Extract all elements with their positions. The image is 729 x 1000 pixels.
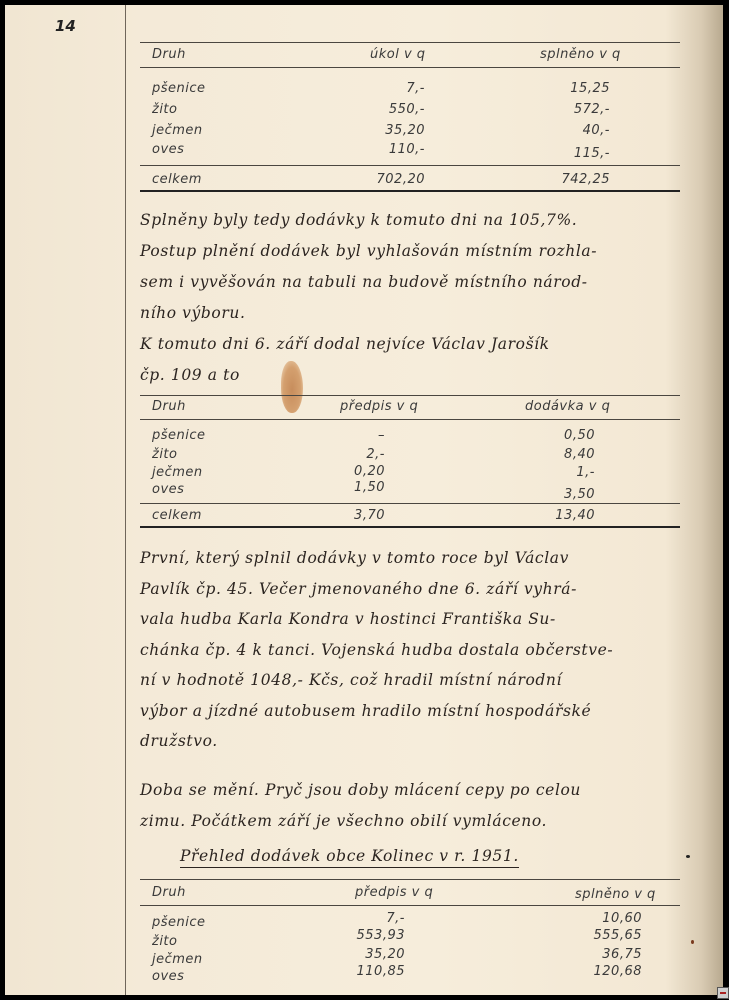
ledger-page: 14 Druh úkol v q splněno v q pšenice 7,-… (5, 5, 723, 995)
text-line: První, který splnil dodávky v tomto roce… (140, 543, 700, 574)
fulfilled-value: 555,65 (580, 928, 642, 943)
minimize-icon[interactable] (717, 987, 729, 999)
total-label: celkem (152, 172, 202, 187)
column-header-predpis: předpis v q (340, 399, 418, 414)
crop-name: žito (152, 934, 178, 949)
target-value: 35,20 (370, 123, 425, 138)
text-line: chánka čp. 4 k tanci. Vojenská hudba dos… (140, 635, 700, 666)
quota-value: 110,85 (345, 964, 405, 979)
text-line: družstvo. (140, 726, 700, 757)
target-value: 110,- (370, 142, 425, 157)
total-delivered: 13,40 (525, 508, 595, 523)
table-top-deliverer: Druh předpis v q dodávka v q pšenice – 0… (140, 390, 680, 530)
column-header-splneno: splněno v q (540, 47, 621, 62)
text-line: sem i vyvěšován na tabuli na budově míst… (140, 267, 700, 298)
column-header-druh: Druh (152, 399, 186, 414)
column-header-dodavka: dodávka v q (525, 399, 610, 414)
table-crop-targets: Druh úkol v q splněno v q pšenice 7,- 15… (140, 5, 680, 205)
quota-value: – (340, 428, 385, 443)
column-header-predpis: předpis v q (355, 885, 433, 900)
table-bottom-rule (140, 526, 680, 528)
total-target: 702,20 (360, 172, 425, 187)
header-rule (140, 67, 680, 68)
quota-value: 35,20 (345, 947, 405, 962)
fulfilled-value: 40,- (550, 123, 610, 138)
quota-value: 7,- (345, 911, 405, 926)
total-rule (140, 503, 680, 504)
text-line: čp. 109 a to (140, 360, 700, 391)
text-line: ní v hodnotě 1048,- Kčs, což hradil míst… (140, 665, 700, 696)
total-label: celkem (152, 508, 202, 523)
paragraph-times-change: Doba se mění. Pryč jsou doby mlácení cep… (140, 775, 700, 837)
column-header-ukol: úkol v q (370, 47, 426, 62)
target-value: 7,- (370, 81, 425, 96)
fulfilled-value: 115,- (550, 146, 610, 161)
text-line: K tomuto dni 6. září dodal nejvíce Václa… (140, 329, 700, 360)
text-line: Postup plnění dodávek byl vyhlašován mís… (140, 236, 700, 267)
total-fulfilled: 742,25 (540, 172, 610, 187)
column-header-splneno: splněno v q (575, 887, 656, 902)
crop-name: pšenice (152, 81, 206, 96)
crop-name: oves (152, 969, 184, 984)
fulfilled-value: 572,- (550, 102, 610, 117)
page-number: 14 (55, 17, 76, 35)
text-line: vala hudba Karla Kondra v hostinci Frant… (140, 604, 700, 635)
table-top-rule (140, 42, 680, 43)
delivered-value: 3,50 (535, 487, 595, 502)
table-top-rule (140, 879, 680, 880)
table-top-rule (140, 395, 680, 396)
text-line: zimu. Počátkem září je všechno obilí vym… (140, 806, 700, 837)
crop-name: žito (152, 102, 178, 117)
text-line: Splněny byly tedy dodávky k tomuto dni n… (140, 205, 700, 236)
crop-name: oves (152, 482, 184, 497)
fulfilled-value: 10,60 (580, 911, 642, 926)
text-line: Pavlík čp. 45. Večer jmenovaného dne 6. … (140, 574, 700, 605)
column-header-druh: Druh (152, 885, 186, 900)
target-value: 550,- (370, 102, 425, 117)
paragraph-first-fulfiller: První, který splnil dodávky v tomto roce… (140, 543, 700, 757)
quota-value: 553,93 (345, 928, 405, 943)
total-quota: 3,70 (340, 508, 385, 523)
margin-line (125, 5, 126, 995)
crop-name: ječmen (152, 123, 203, 138)
ink-spot (691, 940, 694, 944)
quota-value: 2,- (340, 447, 385, 462)
crop-name: oves (152, 142, 184, 157)
delivered-value: 0,50 (535, 428, 595, 443)
text-line: ního výboru. (140, 298, 700, 329)
text-line: výbor a jízdné autobusem hradilo místní … (140, 696, 700, 727)
fulfilled-value: 15,25 (550, 81, 610, 96)
fulfilled-value: 120,68 (580, 964, 642, 979)
crop-name: ječmen (152, 952, 203, 967)
crop-name: pšenice (152, 428, 206, 443)
crop-name: žito (152, 447, 178, 462)
table-bottom-rule (140, 190, 680, 192)
delivered-value: 8,40 (535, 447, 595, 462)
table-1951-overview: Druh předpis v q splněno v q pšenice 7,-… (140, 875, 680, 995)
column-header-druh: Druh (152, 47, 186, 62)
header-rule (140, 419, 680, 420)
quota-value: 0,20 (340, 464, 385, 479)
crop-name: pšenice (152, 915, 206, 930)
paragraph-delivery-progress: Splněny byly tedy dodávky k tomuto dni n… (140, 205, 700, 391)
delivered-value: 1,- (535, 465, 595, 480)
fulfilled-value: 36,75 (580, 947, 642, 962)
ink-spot (686, 855, 690, 858)
crop-name: ječmen (152, 465, 203, 480)
quota-value: 1,50 (340, 480, 385, 495)
total-rule (140, 165, 680, 166)
header-rule (140, 905, 680, 906)
section-heading: Přehled dodávek obce Kolinec v r. 1951. (180, 847, 519, 868)
text-line: Doba se mění. Pryč jsou doby mlácení cep… (140, 775, 700, 806)
